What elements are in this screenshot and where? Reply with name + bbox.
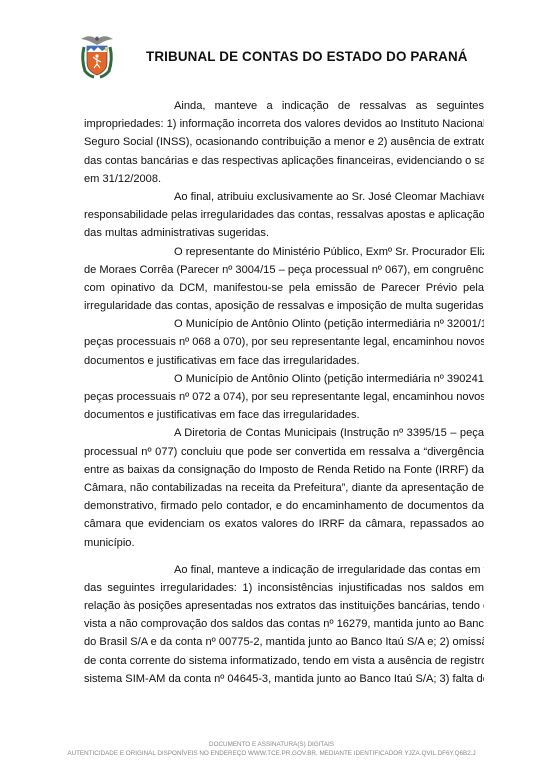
text-line: das seguintes irregularidades: 1) incons… bbox=[84, 579, 484, 597]
text-line: peças processuais nº 068 a 070), por seu… bbox=[84, 333, 484, 351]
paragraph-ministerio-publico: O representante do Ministério Público, E… bbox=[84, 243, 484, 316]
text-line: A Diretoria de Contas Municipais (Instru… bbox=[84, 424, 484, 442]
text-line: relação às posições apresentadas nos ext… bbox=[84, 597, 484, 615]
text-line: sistema SIM-AM da conta nº 04645-3, mant… bbox=[84, 670, 484, 688]
footer-digital-signature: DOCUMENTO E ASSINATURA(S) DIGITAIS bbox=[0, 741, 543, 748]
text-line: documentos e justificativas em face das … bbox=[84, 406, 484, 424]
text-line: município. bbox=[84, 534, 484, 552]
text-line: de conta corrente do sistema informatiza… bbox=[84, 652, 484, 670]
text-line: com opinativo da DCM, manifestou-se pela… bbox=[84, 279, 484, 297]
text-line: câmara que evidenciam os exatos valores … bbox=[84, 515, 484, 533]
paragraph-ressalvas: Ainda, manteve a indicação de ressalvas … bbox=[84, 97, 484, 188]
text-line: O Município de Antônio Olinto (petição i… bbox=[84, 315, 484, 333]
text-line: processual nº 077) concluiu que pode ser… bbox=[84, 443, 484, 461]
text-line: Ainda, manteve a indicação de ressalvas … bbox=[84, 97, 484, 115]
text-line: demonstrativo, firmado pelo contador, e … bbox=[84, 497, 484, 515]
text-line: peças processuais nº 072 a 074), por seu… bbox=[84, 388, 484, 406]
text-line: das multas administrativas sugeridas. bbox=[84, 224, 484, 242]
text-line: documentos e justificativas em face das … bbox=[84, 352, 484, 370]
text-line: impropriedades: 1) informação incorreta … bbox=[84, 115, 484, 133]
page-header: TRIBUNAL DE CONTAS DO ESTADO DO PARANÁ bbox=[0, 0, 543, 90]
paragraph-municipio-1: O Município de Antônio Olinto (petição i… bbox=[84, 315, 484, 370]
text-line: entre as baixas da consignação do Impost… bbox=[84, 461, 484, 479]
paragraph-responsabilidade: Ao final, atribuiu exclusivamente ao Sr.… bbox=[84, 188, 484, 243]
footer-authenticity: AUTENTICIDADE E ORIGINAL DISPONÍVEIS NO … bbox=[0, 750, 543, 757]
text-line: Ao final, atribuiu exclusivamente ao Sr.… bbox=[84, 188, 484, 206]
text-line: O Município de Antônio Olinto (petição i… bbox=[84, 370, 484, 388]
text-line: O representante do Ministério Público, E… bbox=[84, 243, 484, 261]
text-line: Câmara, não contabilizadas na receita da… bbox=[84, 479, 484, 497]
text-line: vista a não comprovação dos saldos das c… bbox=[84, 615, 484, 633]
text-line: Ao final, manteve a indicação de irregul… bbox=[84, 561, 484, 579]
text-line: de Moraes Corrêa (Parecer nº 3004/15 – p… bbox=[84, 261, 484, 279]
text-line: do Brasil S/A e da conta nº 00775-2, man… bbox=[84, 633, 484, 651]
page-title: TRIBUNAL DE CONTAS DO ESTADO DO PARANÁ bbox=[146, 49, 468, 64]
paragraph-irregularidades: Ao final, manteve a indicação de irregul… bbox=[84, 561, 484, 688]
text-line: Seguro Social (INSS), ocasionando contri… bbox=[84, 133, 484, 151]
document-body: Ainda, manteve a indicação de ressalvas … bbox=[84, 97, 484, 688]
text-line: das contas bancárias e das respectivas a… bbox=[84, 152, 484, 170]
paragraph-municipio-2: O Município de Antônio Olinto (petição i… bbox=[84, 370, 484, 425]
text-line: responsabilidade pelas irregularidades d… bbox=[84, 206, 484, 224]
paragraph-diretoria: A Diretoria de Contas Municipais (Instru… bbox=[84, 424, 484, 551]
text-line: em 31/12/2008. bbox=[84, 170, 484, 188]
text-line: irregularidade das contas, aposição de r… bbox=[84, 297, 484, 315]
parana-coat-of-arms-icon bbox=[79, 33, 115, 79]
